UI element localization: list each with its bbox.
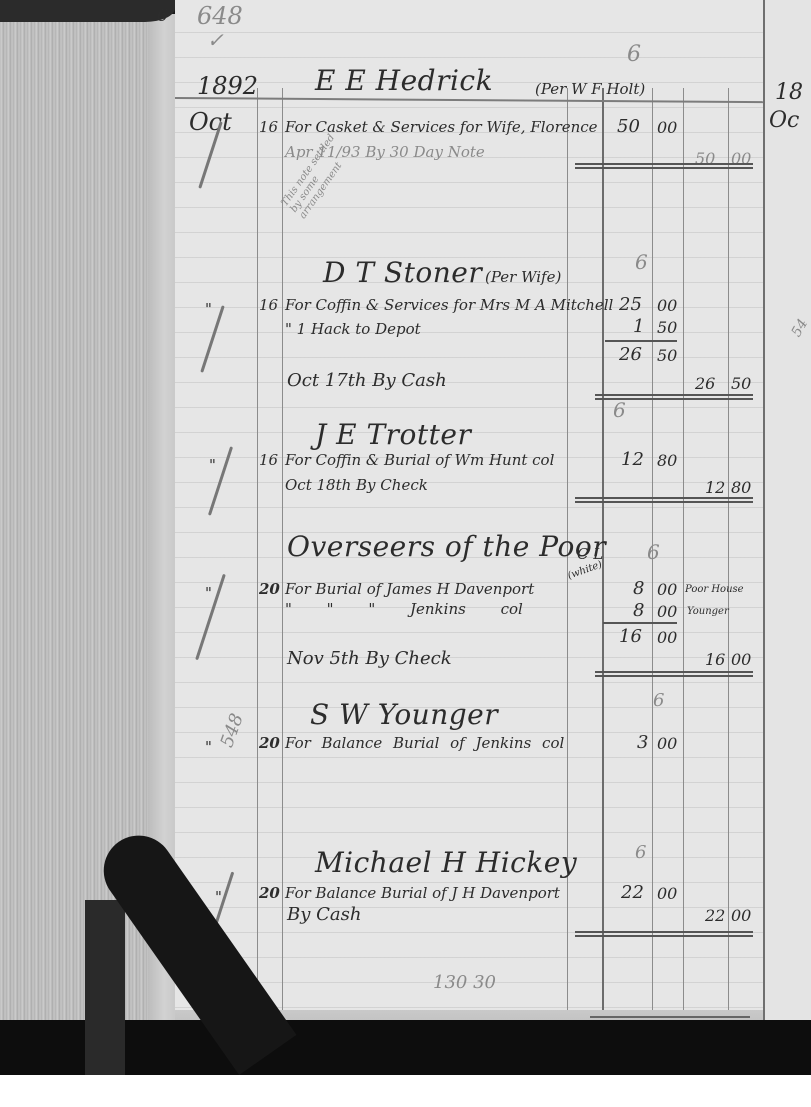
side-note: Younger — [687, 606, 729, 617]
entry-day: 16 — [259, 296, 278, 314]
account-note: (Per Wife) — [485, 268, 561, 286]
entry-text: " 1 Hack to Depot — [285, 320, 421, 338]
ledger-photo: 6 648 ✓ 1892 E E Hedrick (Per W F Holt) … — [0, 0, 811, 1075]
account-name: E E Hedrick — [315, 64, 493, 97]
debit-dollars: 3 — [637, 732, 648, 753]
debit-cents: 50 — [657, 318, 677, 337]
subtotal-dollars: 26 — [619, 344, 642, 365]
account-note: (Per W F Holt) — [535, 80, 645, 98]
credit-dollars: 26 — [695, 374, 715, 393]
account-name: S W Younger — [310, 698, 498, 731]
page-number: 648 — [197, 2, 243, 30]
margin-note: 548 — [216, 711, 247, 750]
page-total: 130 30 — [433, 972, 496, 993]
debit-dollars: 12 — [621, 449, 644, 470]
facing-year: 18 — [775, 80, 803, 105]
facing-margin-note: 54 — [789, 316, 811, 339]
debit-cents: 00 — [657, 884, 677, 903]
entry-text: Oct 17th By Cash — [287, 370, 447, 391]
entry-text: For Burial of James H Davenport — [285, 580, 534, 598]
tally-mark: 6 — [627, 42, 641, 67]
balance-rule — [575, 163, 753, 169]
tally-mark: 6 — [613, 398, 626, 422]
rule-credit-cents — [728, 88, 729, 1010]
entry-text: For Coffin & Services for Mrs M A Mitche… — [285, 296, 613, 314]
entry-text: Oct 18th By Check — [285, 476, 428, 494]
entry-text: By Cash — [287, 904, 361, 925]
entry-month: " — [209, 456, 216, 474]
header-rule — [175, 97, 763, 103]
subtotal-cents: 50 — [657, 346, 677, 365]
credit-cents: 80 — [731, 478, 751, 497]
tally-mark: 6 — [653, 690, 664, 711]
debit-dollars: 8 — [633, 600, 644, 621]
edge-number: 6 — [157, 6, 168, 26]
debit-dollars: 22 — [621, 882, 644, 903]
credit-cents: 00 — [731, 650, 751, 669]
credit-dollars: 16 — [705, 650, 725, 669]
debit-cents: 00 — [657, 580, 677, 599]
facing-page-edge: 18 Oc 54 — [763, 0, 811, 1030]
side-note: Poor House — [685, 584, 744, 595]
entry-day: 20 — [259, 734, 280, 752]
debit-dollars: 8 — [633, 578, 644, 599]
subtotal-cents: 00 — [657, 628, 677, 647]
entry-day: 16 — [259, 118, 278, 136]
debit-dollars: 1 — [633, 316, 644, 337]
ledger-page: 648 ✓ 1892 E E Hedrick (Per W F Holt) 6 … — [175, 0, 763, 1010]
entry-month: Oct — [189, 108, 232, 136]
entry-month: " — [205, 738, 212, 756]
credit-dollars: 22 — [705, 906, 725, 925]
account-name: Michael H Hickey — [315, 846, 577, 879]
debit-cents: 00 — [657, 118, 677, 137]
book-cover-top — [0, 0, 175, 22]
facing-month: Oc — [769, 108, 799, 133]
rule-credit-left — [683, 88, 684, 1010]
subtotal-rule — [603, 622, 677, 624]
balance-rule — [575, 931, 753, 937]
debit-cents: 00 — [657, 602, 677, 621]
account-name: J E Trotter — [315, 418, 471, 451]
tally-mark: 6 — [635, 842, 646, 863]
credit-cents: 50 — [731, 374, 751, 393]
tally-mark: 6 — [647, 540, 660, 564]
tally-mark: 6 — [635, 250, 648, 274]
entry-month: " — [205, 300, 212, 318]
entry-day: 20 — [259, 580, 280, 598]
subtotal-rule — [605, 340, 677, 342]
book-stand-base — [85, 900, 125, 1075]
account-name: D T Stoner — [323, 256, 482, 289]
credit-dollars: 12 — [705, 478, 725, 497]
entry-day: 20 — [259, 884, 280, 902]
debit-dollars: 50 — [617, 116, 640, 137]
entry-text: For Coffin & Burial of Wm Hunt col — [285, 451, 554, 469]
entry-day: 16 — [259, 451, 278, 469]
balance-rule — [595, 671, 753, 677]
entry-month: " — [205, 584, 212, 602]
credit-cents: 00 — [731, 906, 751, 925]
balance-rule — [575, 497, 753, 503]
debit-cents: 80 — [657, 451, 677, 470]
rule-month-day — [257, 88, 258, 1010]
debit-cents: 00 — [657, 734, 677, 753]
check-mark: ✓ — [207, 28, 224, 52]
posting-mark — [200, 305, 224, 373]
rule-day-desc — [282, 88, 283, 1010]
debit-dollars: 25 — [619, 294, 642, 315]
account-name: Overseers of the Poor — [287, 530, 606, 563]
entry-text: Nov 5th By Check — [287, 648, 452, 669]
subtotal-dollars: 16 — [619, 626, 642, 647]
debit-cents: 00 — [657, 296, 677, 315]
year: 1892 — [197, 72, 258, 100]
entry-text: For Balance Burial of Jenkins col — [285, 734, 564, 752]
entry-text: " " " Jenkins col — [285, 600, 523, 618]
entry-text: For Balance Burial of J H Davenport — [285, 884, 560, 902]
